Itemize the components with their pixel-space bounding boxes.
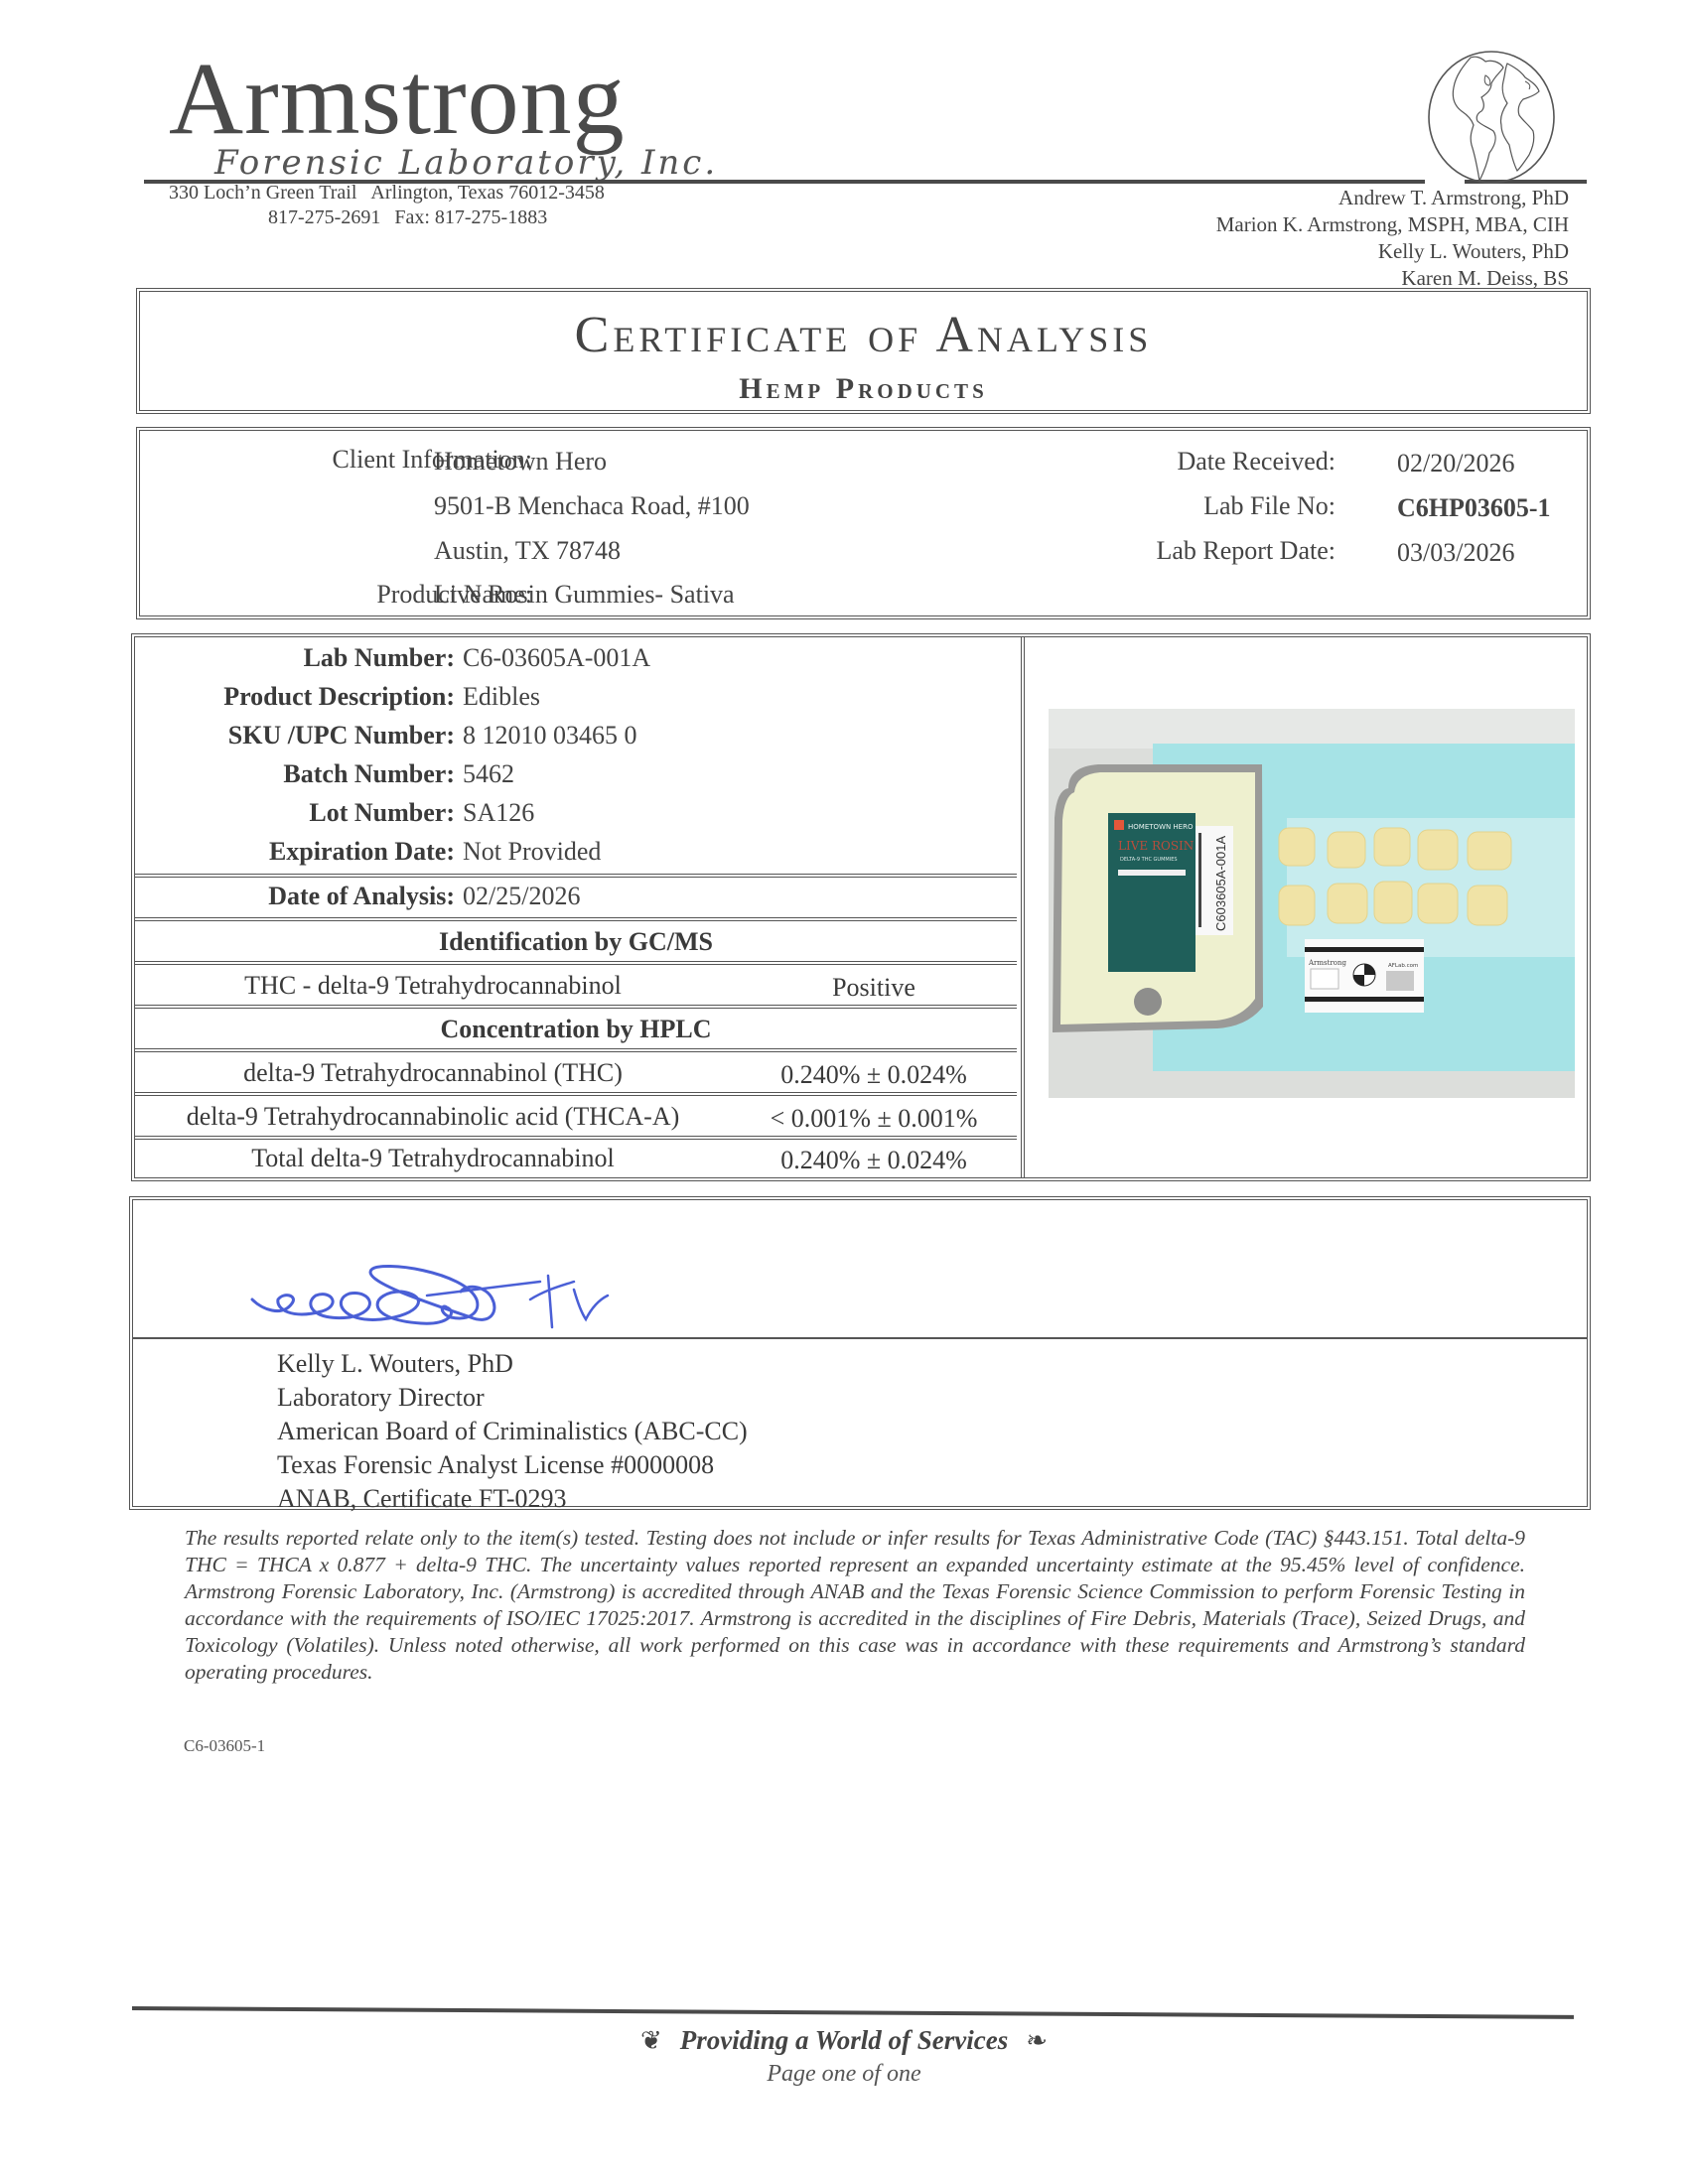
field-value: Not Provided (463, 837, 601, 867)
certificate-subtitle: Hemp Products (140, 372, 1587, 406)
signatory-accreditation: ANAB, Certificate FT-0293 (277, 1482, 748, 1516)
certificate-title-box: Certificate of Analysis Hemp Products (136, 288, 1591, 414)
address-city: Arlington, Texas 76012-3458 (370, 182, 604, 204)
sample-details-column: Lab Number: C6-03605A-001A Product Descr… (135, 637, 1017, 1177)
info-row-expiration: Expiration Date: Not Provided (135, 837, 1017, 877)
analyte-result: Positive (731, 973, 1017, 1003)
field-value: 5462 (463, 759, 514, 789)
hplc-result-row: delta-9 Tetrahydrocannabinolic acid (THC… (135, 1096, 1017, 1140)
analyte-name: delta-9 Tetrahydrocannabinol (THC) (135, 1058, 731, 1088)
phone-number: 817-275-2691 (268, 206, 380, 228)
svg-text:DELTA-9 THC GUMMIES: DELTA-9 THC GUMMIES (1120, 857, 1178, 863)
hplc-heading: Concentration by HPLC (135, 1009, 1017, 1052)
analysis-date: Date of Analysis: 02/25/2026 (135, 882, 1017, 921)
sample-photo: HOMETOWN HERO LIVE ROSIN DELTA-9 THC GUM… (1049, 709, 1575, 1098)
sample-info: Lab Number: C6-03605A-001A Product Descr… (135, 637, 1017, 878)
info-row-sku: SKU /UPC Number: 8 12010 03465 0 (135, 721, 1017, 760)
analysis-date-value: 02/25/2026 (463, 882, 580, 911)
report-date: 03/03/2026 (1397, 538, 1514, 568)
company-name: Armstrong (169, 48, 626, 151)
svg-text:C603605A-001A: C603605A-001A (1213, 836, 1228, 931)
fax-number: Fax: 817-275-1883 (394, 206, 547, 228)
field-value: Edibles (463, 682, 540, 712)
client-address-line2: Austin, TX 78748 (434, 536, 621, 566)
lab-file-label: Lab File No: (1203, 491, 1336, 521)
date-received-label: Date Received: (1177, 447, 1336, 477)
hplc-total-row: Total delta-9 Tetrahydrocannabinol 0.240… (135, 1140, 1017, 1179)
svg-text:AFLab.com: AFLab.com (1388, 963, 1418, 969)
signature-box: Kelly L. Wouters, PhD Laboratory Directo… (129, 1196, 1591, 1510)
field-label: Batch Number: (283, 759, 455, 789)
analysis-date-row: Date of Analysis: 02/25/2026 (135, 878, 1017, 921)
svg-text:HOMETOWN HERO: HOMETOWN HERO (1128, 823, 1194, 831)
client-name: Hometown Hero (434, 447, 607, 477)
staff-member: Marion K. Armstrong, MSPH, MBA, CIH (1216, 211, 1569, 238)
staff-member: Kelly L. Wouters, PhD (1216, 238, 1569, 265)
date-received: 02/20/2026 (1397, 449, 1514, 478)
page-number: Page one of one (0, 2061, 1688, 2088)
report-date-label: Lab Report Date: (1157, 536, 1336, 566)
field-label: Lot Number: (309, 798, 455, 828)
analyte-result: < 0.001% ± 0.001% (731, 1104, 1017, 1134)
gcms-result-row: THC - delta-9 Tetrahydrocannabinol Posit… (135, 965, 1017, 1009)
ornament-icon: ❦ (640, 2026, 662, 2056)
signatory-details: Kelly L. Wouters, PhD Laboratory Directo… (277, 1347, 748, 1516)
staff-member: Andrew T. Armstrong, PhD (1216, 185, 1569, 211)
hplc-result-row: delta-9 Tetrahydrocannabinol (THC) 0.240… (135, 1052, 1017, 1096)
info-row-product-description: Product Description: Edibles (135, 682, 1017, 722)
signature-image (232, 1200, 927, 1339)
staff-list: Andrew T. Armstrong, PhD Marion K. Armst… (1216, 185, 1569, 292)
product-name: Live Rosin Gummies- Sativa (434, 580, 735, 610)
footer-rule (132, 2006, 1574, 2019)
svg-text:LIVE ROSIN: LIVE ROSIN (1118, 839, 1194, 853)
gcms-heading: Identification by GC/MS (135, 921, 1017, 965)
analyte-result: 0.240% ± 0.024% (731, 1146, 1017, 1175)
field-label: Expiration Date: (269, 837, 455, 867)
signatory-title: Laboratory Director (277, 1381, 748, 1415)
svg-text:Armstrong: Armstrong (1308, 959, 1347, 967)
client-address-line1: 9501-B Menchaca Road, #100 (434, 491, 750, 521)
client-info-box: Client Information: Hometown Hero 9501-B… (136, 427, 1591, 619)
certificate-title: Certificate of Analysis (140, 306, 1587, 364)
analyte-name: Total delta-9 Tetrahydrocannabinol (135, 1144, 731, 1173)
analyte-name: THC - delta-9 Tetrahydrocannabinol (135, 971, 731, 1001)
field-value: C6-03605A-001A (463, 643, 650, 673)
disclaimer-text: The results reported relate only to the … (185, 1525, 1525, 1686)
analyte-name: delta-9 Tetrahydrocannabinolic acid (THC… (135, 1102, 731, 1132)
signatory-license: Texas Forensic Analyst License #0000008 (277, 1448, 748, 1482)
info-row-batch: Batch Number: 5462 (135, 759, 1017, 799)
info-row-lab-number: Lab Number: C6-03605A-001A (135, 643, 1017, 683)
sample-photo-illustration: HOMETOWN HERO LIVE ROSIN DELTA-9 THC GUM… (1049, 709, 1575, 1098)
signature-area (133, 1200, 1587, 1339)
company-address: 330 Loch’n Green TrailArlington, Texas 7… (169, 182, 605, 205)
field-label: Lab Number: (304, 643, 455, 673)
address-street: 330 Loch’n Green Trail (169, 182, 356, 204)
sample-photo-panel: HOMETOWN HERO LIVE ROSIN DELTA-9 THC GUM… (1021, 637, 1587, 1177)
footer-motto: ❦Providing a World of Services❧ (0, 2025, 1688, 2056)
signatory-certification: American Board of Criminalistics (ABC-CC… (277, 1415, 748, 1448)
field-label: SKU /UPC Number: (228, 721, 455, 751)
company-phone: 817-275-2691Fax: 817-275-1883 (268, 206, 547, 229)
field-label: Product Description: (223, 682, 455, 712)
report-reference: C6-03605-1 (184, 1736, 265, 1756)
sample-results-box: Lab Number: C6-03605A-001A Product Descr… (131, 633, 1591, 1181)
info-row-lot: Lot Number: SA126 (135, 798, 1017, 838)
signatory-name: Kelly L. Wouters, PhD (277, 1347, 748, 1381)
field-value: 8 12010 03465 0 (463, 721, 637, 751)
globe-icon (1426, 46, 1557, 185)
lab-file-number: C6HP03605-1 (1397, 493, 1551, 523)
field-value: SA126 (463, 798, 534, 828)
analyte-result: 0.240% ± 0.024% (731, 1060, 1017, 1090)
company-subtitle: Forensic Laboratory, Inc. (214, 143, 718, 183)
analysis-date-label: Date of Analysis: (268, 882, 455, 911)
motto-text: Providing a World of Services (680, 2025, 1009, 2055)
ornament-icon: ❧ (1026, 2026, 1048, 2056)
